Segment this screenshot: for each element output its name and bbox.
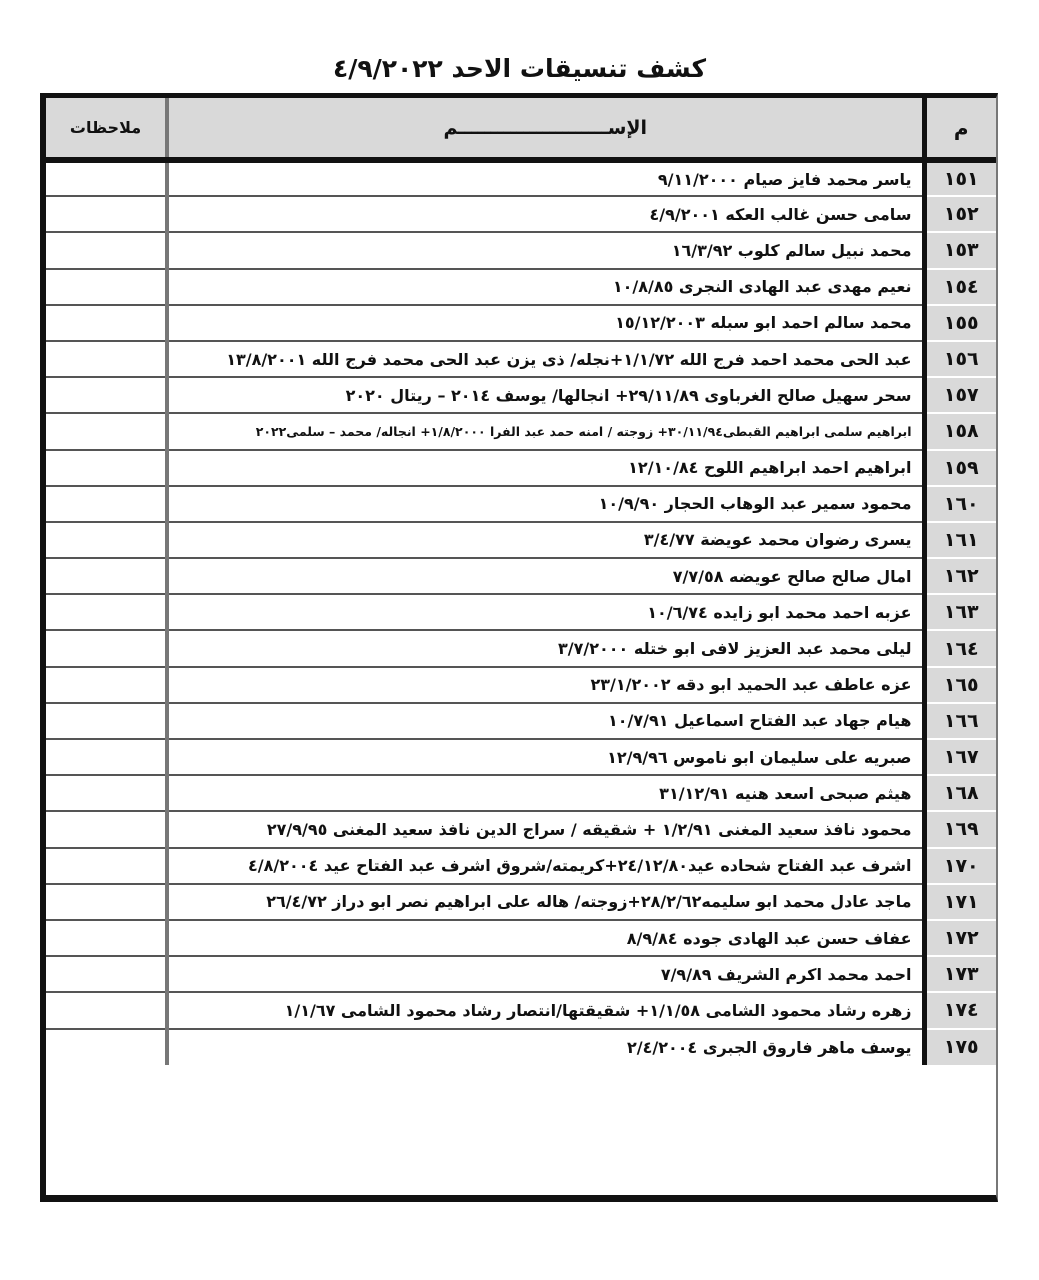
row-notes	[46, 848, 167, 884]
row-name: ياسر محمد فايز صيام ٩/١١/٢٠٠٠	[167, 160, 924, 196]
row-notes	[46, 956, 167, 992]
row-number: ١٦٠	[924, 486, 996, 522]
row-notes	[46, 630, 167, 666]
row-number: ١٥٣	[924, 232, 996, 268]
row-name: هيام جهاد عبد الفتاح اسماعيل ١٠/٧/٩١	[167, 703, 924, 739]
row-notes	[46, 703, 167, 739]
row-notes	[46, 920, 167, 956]
table-row: ١٧٢عفاف حسن عبد الهادى جوده ٨/٩/٨٤	[46, 920, 996, 956]
row-name: احمد محمد اكرم الشريف ٧/٩/٨٩	[167, 956, 924, 992]
row-name: صبريه على سليمان ابو ناموس ١٢/٩/٩٦	[167, 739, 924, 775]
row-number: ١٥٩	[924, 450, 996, 486]
row-number: ١٦٢	[924, 558, 996, 594]
row-notes	[46, 341, 167, 377]
table-row: ١٦٠محمود سمير عبد الوهاب الحجار ١٠/٩/٩٠	[46, 486, 996, 522]
row-name: عزبه احمد محمد ابو زايده ١٠/٦/٧٤	[167, 594, 924, 630]
row-name: ليلى محمد عبد العزيز لافى ابو ختله ٣/٧/٢…	[167, 630, 924, 666]
row-notes	[46, 413, 167, 449]
table-row: ١٦٧صبريه على سليمان ابو ناموس ١٢/٩/٩٦	[46, 739, 996, 775]
row-number: ١٧٠	[924, 848, 996, 884]
row-notes	[46, 522, 167, 558]
row-notes	[46, 269, 167, 305]
row-notes	[46, 992, 167, 1028]
row-number: ١٧٥	[924, 1029, 996, 1065]
row-number: ١٦٣	[924, 594, 996, 630]
row-notes	[46, 450, 167, 486]
row-name: عزه عاطف عبد الحميد ابو دقه ٢٣/١/٢٠٠٢	[167, 667, 924, 703]
row-name: عبد الحى محمد احمد فرج الله ١/١/٧٢+نجله/…	[167, 341, 924, 377]
row-notes	[46, 160, 167, 196]
row-name: اشرف عبد الفتاح شحاده عيد٢٤/١٢/٨٠+كريمته…	[167, 848, 924, 884]
table-row: ١٧٥يوسف ماهر فاروق الجبرى ٢/٤/٢٠٠٤	[46, 1029, 996, 1065]
row-name: نعيم مهدى عبد الهادى النجرى ١٠/٨/٨٥	[167, 269, 924, 305]
row-name: ابراهيم احمد ابراهيم اللوح ١٢/١٠/٨٤	[167, 450, 924, 486]
row-name: سحر سهيل صالح الغرباوى ٢٩/١١/٨٩+ انجالها…	[167, 377, 924, 413]
row-name: محمد سالم احمد ابو سبله ١٥/١٢/٢٠٠٣	[167, 305, 924, 341]
row-name: محمود سمير عبد الوهاب الحجار ١٠/٩/٩٠	[167, 486, 924, 522]
table-row: ١٦٢امال صالح صالح عويضه ٧/٧/٥٨	[46, 558, 996, 594]
row-name: محمد نبيل سالم كلوب ١٦/٣/٩٢	[167, 232, 924, 268]
row-notes	[46, 1029, 167, 1065]
table-row: ١٥٦عبد الحى محمد احمد فرج الله ١/١/٧٢+نج…	[46, 341, 996, 377]
row-number: ١٥٧	[924, 377, 996, 413]
row-number: ١٦٥	[924, 667, 996, 703]
table-row: ١٥٨ابراهيم سلمى ابراهيم القبطى٣٠/١١/٩٤+ …	[46, 413, 996, 449]
table-row: ١٥٧سحر سهيل صالح الغرباوى ٢٩/١١/٨٩+ انجا…	[46, 377, 996, 413]
table-row: ١٧١ماجد عادل محمد ابو سليمه٢٨/٢/٦٢+زوجته…	[46, 884, 996, 920]
row-name: محمود نافذ سعيد المغنى ١/٢/٩١ + شقيقه / …	[167, 811, 924, 847]
row-number: ١٦١	[924, 522, 996, 558]
row-number: ١٧٢	[924, 920, 996, 956]
row-name: زهره رشاد محمود الشامى ١/١/٥٨+ شقيقتها/ا…	[167, 992, 924, 1028]
row-number: ١٧٣	[924, 956, 996, 992]
table-row: ١٦١يسرى رضوان محمد عويضة ٣/٤/٧٧	[46, 522, 996, 558]
row-name: سامى حسن غالب العكه ٤/٩/٢٠٠١	[167, 196, 924, 232]
table-row: ١٦٥عزه عاطف عبد الحميد ابو دقه ٢٣/١/٢٠٠٢	[46, 667, 996, 703]
row-notes	[46, 667, 167, 703]
table-row: ١٧٣احمد محمد اكرم الشريف ٧/٩/٨٩	[46, 956, 996, 992]
table-row: ١٦٦هيام جهاد عبد الفتاح اسماعيل ١٠/٧/٩١	[46, 703, 996, 739]
row-number: ١٧١	[924, 884, 996, 920]
row-notes	[46, 739, 167, 775]
row-number: ١٦٤	[924, 630, 996, 666]
header-number: م	[924, 98, 996, 160]
row-number: ١٥٦	[924, 341, 996, 377]
row-notes	[46, 305, 167, 341]
document-title: كشف تنسيقات الاحد ٤/٩/٢٠٢٢	[0, 54, 1039, 83]
row-name: يسرى رضوان محمد عويضة ٣/٤/٧٧	[167, 522, 924, 558]
row-name: هيثم صبحى اسعد هنيه ٣١/١٢/٩١	[167, 775, 924, 811]
table-header-row: م الإســـــــــــــــــــــــم ملاحظات	[46, 98, 996, 160]
coordination-table-frame: م الإســـــــــــــــــــــــم ملاحظات ١…	[40, 93, 998, 1202]
row-number: ١٦٩	[924, 811, 996, 847]
table-row: ١٥٩ابراهيم احمد ابراهيم اللوح ١٢/١٠/٨٤	[46, 450, 996, 486]
row-number: ١٥٨	[924, 413, 996, 449]
table-row: ١٥٢سامى حسن غالب العكه ٤/٩/٢٠٠١	[46, 196, 996, 232]
row-number: ١٦٨	[924, 775, 996, 811]
row-number: ١٧٤	[924, 992, 996, 1028]
row-name: ابراهيم سلمى ابراهيم القبطى٣٠/١١/٩٤+ زوج…	[167, 413, 924, 449]
row-notes	[46, 558, 167, 594]
row-notes	[46, 196, 167, 232]
row-number: ١٥٤	[924, 269, 996, 305]
header-name: الإســـــــــــــــــــــــم	[167, 98, 924, 160]
row-name: يوسف ماهر فاروق الجبرى ٢/٤/٢٠٠٤	[167, 1029, 924, 1065]
row-number: ١٥١	[924, 160, 996, 196]
table-row: ١٥٣محمد نبيل سالم كلوب ١٦/٣/٩٢	[46, 232, 996, 268]
table-row: ١٦٩محمود نافذ سعيد المغنى ١/٢/٩١ + شقيقه…	[46, 811, 996, 847]
row-name: ماجد عادل محمد ابو سليمه٢٨/٢/٦٢+زوجته/ ه…	[167, 884, 924, 920]
row-notes	[46, 811, 167, 847]
row-number: ١٦٦	[924, 703, 996, 739]
row-number: ١٥٢	[924, 196, 996, 232]
table-row: ١٧٠اشرف عبد الفتاح شحاده عيد٢٤/١٢/٨٠+كري…	[46, 848, 996, 884]
table-row: ١٥٥محمد سالم احمد ابو سبله ١٥/١٢/٢٠٠٣	[46, 305, 996, 341]
row-name: عفاف حسن عبد الهادى جوده ٨/٩/٨٤	[167, 920, 924, 956]
row-notes	[46, 377, 167, 413]
row-notes	[46, 486, 167, 522]
header-notes: ملاحظات	[46, 98, 167, 160]
table-row: ١٥١ياسر محمد فايز صيام ٩/١١/٢٠٠٠	[46, 160, 996, 196]
row-notes	[46, 594, 167, 630]
row-number: ١٦٧	[924, 739, 996, 775]
row-name: امال صالح صالح عويضه ٧/٧/٥٨	[167, 558, 924, 594]
row-notes	[46, 232, 167, 268]
coordination-table: م الإســـــــــــــــــــــــم ملاحظات ١…	[46, 98, 996, 1065]
table-row: ١٦٣عزبه احمد محمد ابو زايده ١٠/٦/٧٤	[46, 594, 996, 630]
table-row: ١٦٨هيثم صبحى اسعد هنيه ٣١/١٢/٩١	[46, 775, 996, 811]
row-number: ١٥٥	[924, 305, 996, 341]
table-row: ١٧٤زهره رشاد محمود الشامى ١/١/٥٨+ شقيقته…	[46, 992, 996, 1028]
table-row: ١٦٤ليلى محمد عبد العزيز لافى ابو ختله ٣/…	[46, 630, 996, 666]
row-notes	[46, 775, 167, 811]
table-row: ١٥٤نعيم مهدى عبد الهادى النجرى ١٠/٨/٨٥	[46, 269, 996, 305]
row-notes	[46, 884, 167, 920]
